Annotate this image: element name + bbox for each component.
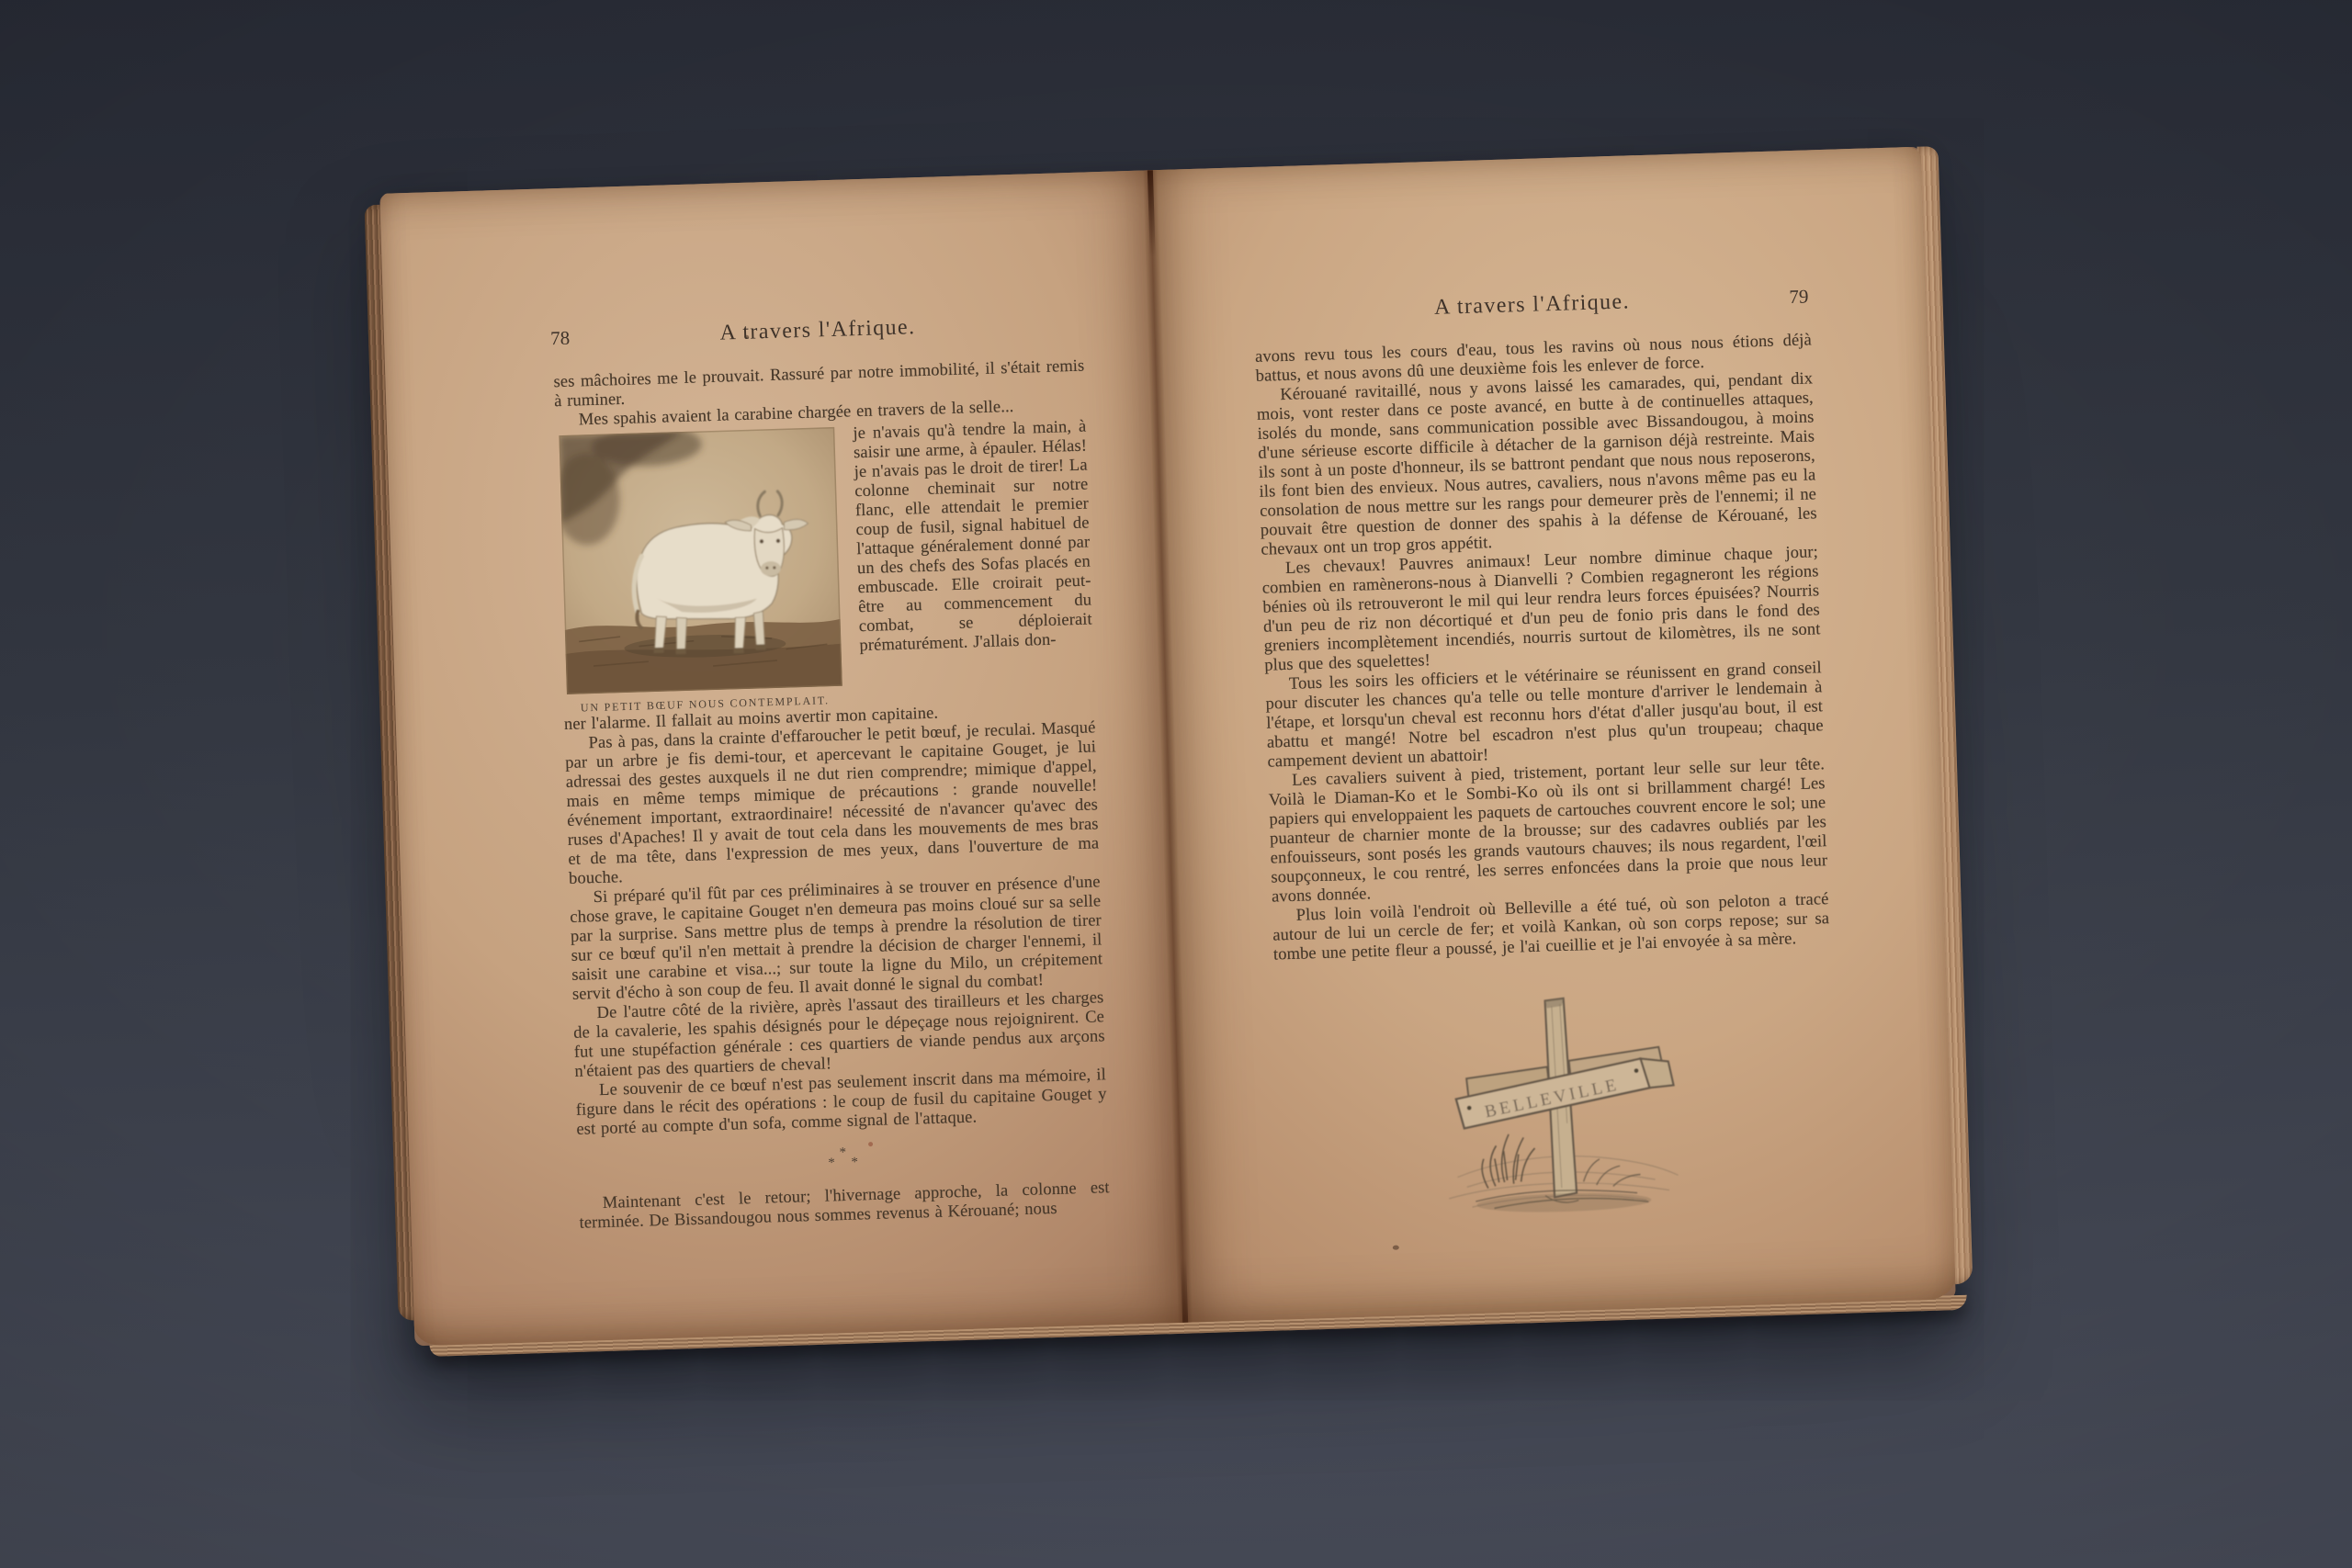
page-number: 79 [1789, 285, 1809, 309]
body-paragraph: Les cavaliers suivent à pied, tristement… [1268, 755, 1828, 907]
page-79: A travers l'Afrique. 79 avons revu tous … [1150, 147, 1956, 1323]
grave-cross-illustration: BELLEVILLE [1410, 982, 1702, 1222]
body-paragraph: Les chevaux! Pauvres animaux! Leur nombr… [1261, 543, 1822, 675]
running-head: A travers l'Afrique. 79 [1253, 284, 1811, 325]
body-paragraph: Kérouané ravitaillé, nous y avons laissé… [1256, 369, 1817, 559]
body-paragraph: Tous les soirs les officiers et le vétér… [1265, 659, 1825, 772]
photo-backdrop: 78 A travers l'Afrique. ses mâchoires me… [0, 0, 2352, 1568]
running-head: 78 A travers l'Afrique. [552, 310, 1084, 352]
figure-row: UN PETIT BŒUF NOUS CONTEMPLAIT. je n'ava… [555, 418, 1094, 716]
page-78: 78 A travers l'Afrique. ses mâchoires me… [379, 170, 1185, 1346]
section-divider: * * * [577, 1140, 1108, 1177]
body-paragraph: je n'avais qu'à tendre la main, à saisir… [853, 418, 1093, 657]
page-spread: 78 A travers l'Afrique. ses mâchoires me… [379, 147, 1956, 1347]
open-book: 78 A travers l'Afrique. ses mâchoires me… [379, 147, 1956, 1347]
running-title: A travers l'Afrique. [1434, 289, 1631, 319]
body-paragraph: Pas à pas, dans la crainte d'effaroucher… [564, 718, 1100, 889]
page-number: 78 [550, 327, 571, 351]
body-paragraph: Si préparé qu'il fût par ces préliminair… [569, 873, 1103, 1005]
ox-photograph: UN PETIT BŒUF NOUS CONTEMPLAIT. [559, 427, 842, 716]
grave-cross-image: BELLEVILLE [1410, 982, 1702, 1222]
body-paragraph: Maintenant c'est le retour; l'hivernage … [579, 1179, 1111, 1234]
ox-photo-image [559, 427, 842, 694]
paper-speck [1393, 1246, 1399, 1250]
running-title: A travers l'Afrique. [719, 315, 916, 344]
